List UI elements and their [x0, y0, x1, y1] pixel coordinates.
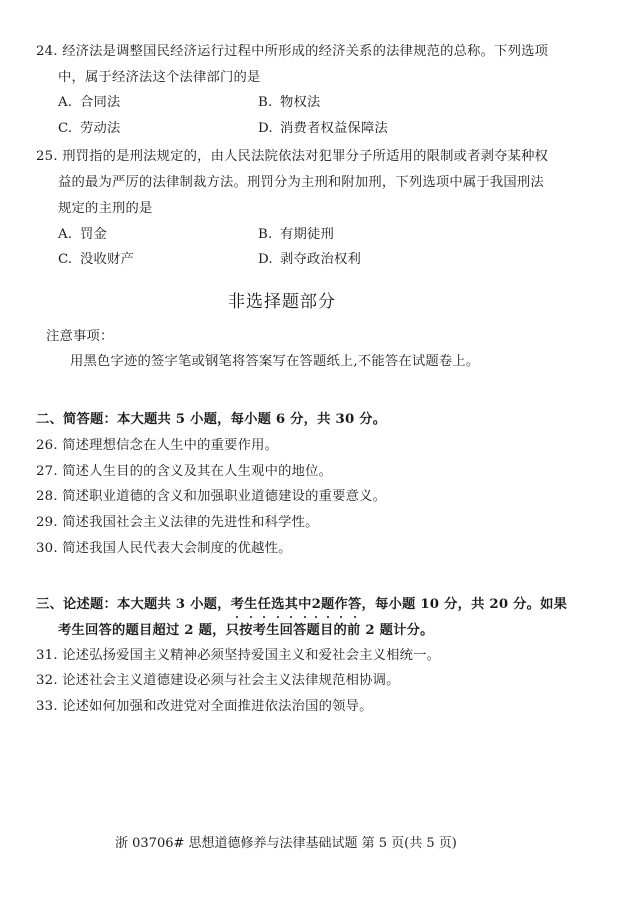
question-24-line2: 中，属于经济法这个法律部门的是: [58, 69, 260, 87]
option-b: B.有期徒刑: [258, 226, 334, 244]
question-29: 29. 简述我国社会主义法律的先进性和科学性。: [36, 514, 319, 532]
question-27: 27. 简述人生目的的含义及其在人生观中的地位。: [36, 463, 332, 481]
emphasized-text: 考生任选其中 2 题作答: [231, 597, 362, 612]
section-3-header: 三、论述题：本大题共 3 小题，考生任选其中 2 题作答，每小题 10 分，共 …: [36, 596, 567, 614]
notice-title: 注意事项：: [46, 328, 113, 346]
question-33: 33. 论述如何加强和改进党对全面推进依法治国的领导。: [36, 698, 373, 716]
option-c: C.劳动法: [58, 120, 121, 138]
question-text: 刑罚指的是刑法规定的，由人民法院依法对犯罪分子所适用的限制或者剥夺某种权: [62, 149, 548, 164]
question-24-line1: 24. 经济法是调整国民经济运行过程中所形成的经济关系的法律规范的总称。下列选项: [36, 43, 548, 61]
option-a: A.罚金: [58, 226, 107, 244]
option-d: D.剥夺政治权利: [258, 251, 361, 269]
part-heading: 非选择题部分: [228, 291, 336, 313]
notice-text: 用黑色字迹的签字笔或钢笔将答案写在答题纸上,不能答在试题卷上。: [70, 353, 479, 371]
option-a: A.合同法: [58, 94, 121, 112]
question-30: 30. 简述我国人民代表大会制度的优越性。: [36, 540, 292, 558]
option-c: C.没收财产: [58, 251, 134, 269]
question-number: 25.: [36, 148, 58, 166]
question-text: 经济法是调整国民经济运行过程中所形成的经济关系的法律规范的总称。下列选项: [62, 44, 548, 59]
option-d: D.消费者权益保障法: [258, 120, 388, 138]
question-25-line1: 25. 刑罚指的是刑法规定的，由人民法院依法对犯罪分子所适用的限制或者剥夺某种权: [36, 148, 548, 166]
section-3-header-line2: 考生回答的题目超过 2 题，只按考生回答题目的前 2 题计分。: [58, 622, 434, 640]
page-footer: 浙 03706# 思想道德修养与法律基础试题 第 5 页(共 5 页): [115, 835, 457, 853]
question-25-line3: 规定的主刑的是: [58, 200, 152, 218]
question-25-line2: 益的最为严厉的法律制裁方法。刑罚分为主刑和附加刑，下列选项中属于我国刑法: [58, 174, 544, 192]
option-b: B.物权法: [258, 94, 321, 112]
question-28: 28. 简述职业道德的含义和加强职业道德建设的重要意义。: [36, 488, 386, 506]
section-2-header: 二、简答题：本大题共 5 小题，每小题 6 分，共 30 分。: [36, 411, 386, 429]
question-32: 32. 论述社会主义道德建设必须与社会主义法律规范相协调。: [36, 672, 400, 690]
question-number: 24.: [36, 43, 58, 61]
question-26: 26. 简述理想信念在人生中的重要作用。: [36, 437, 278, 455]
question-31: 31. 论述弘扬爱国主义精神必须坚持爱国主义和爱社会主义相统一。: [36, 647, 440, 665]
